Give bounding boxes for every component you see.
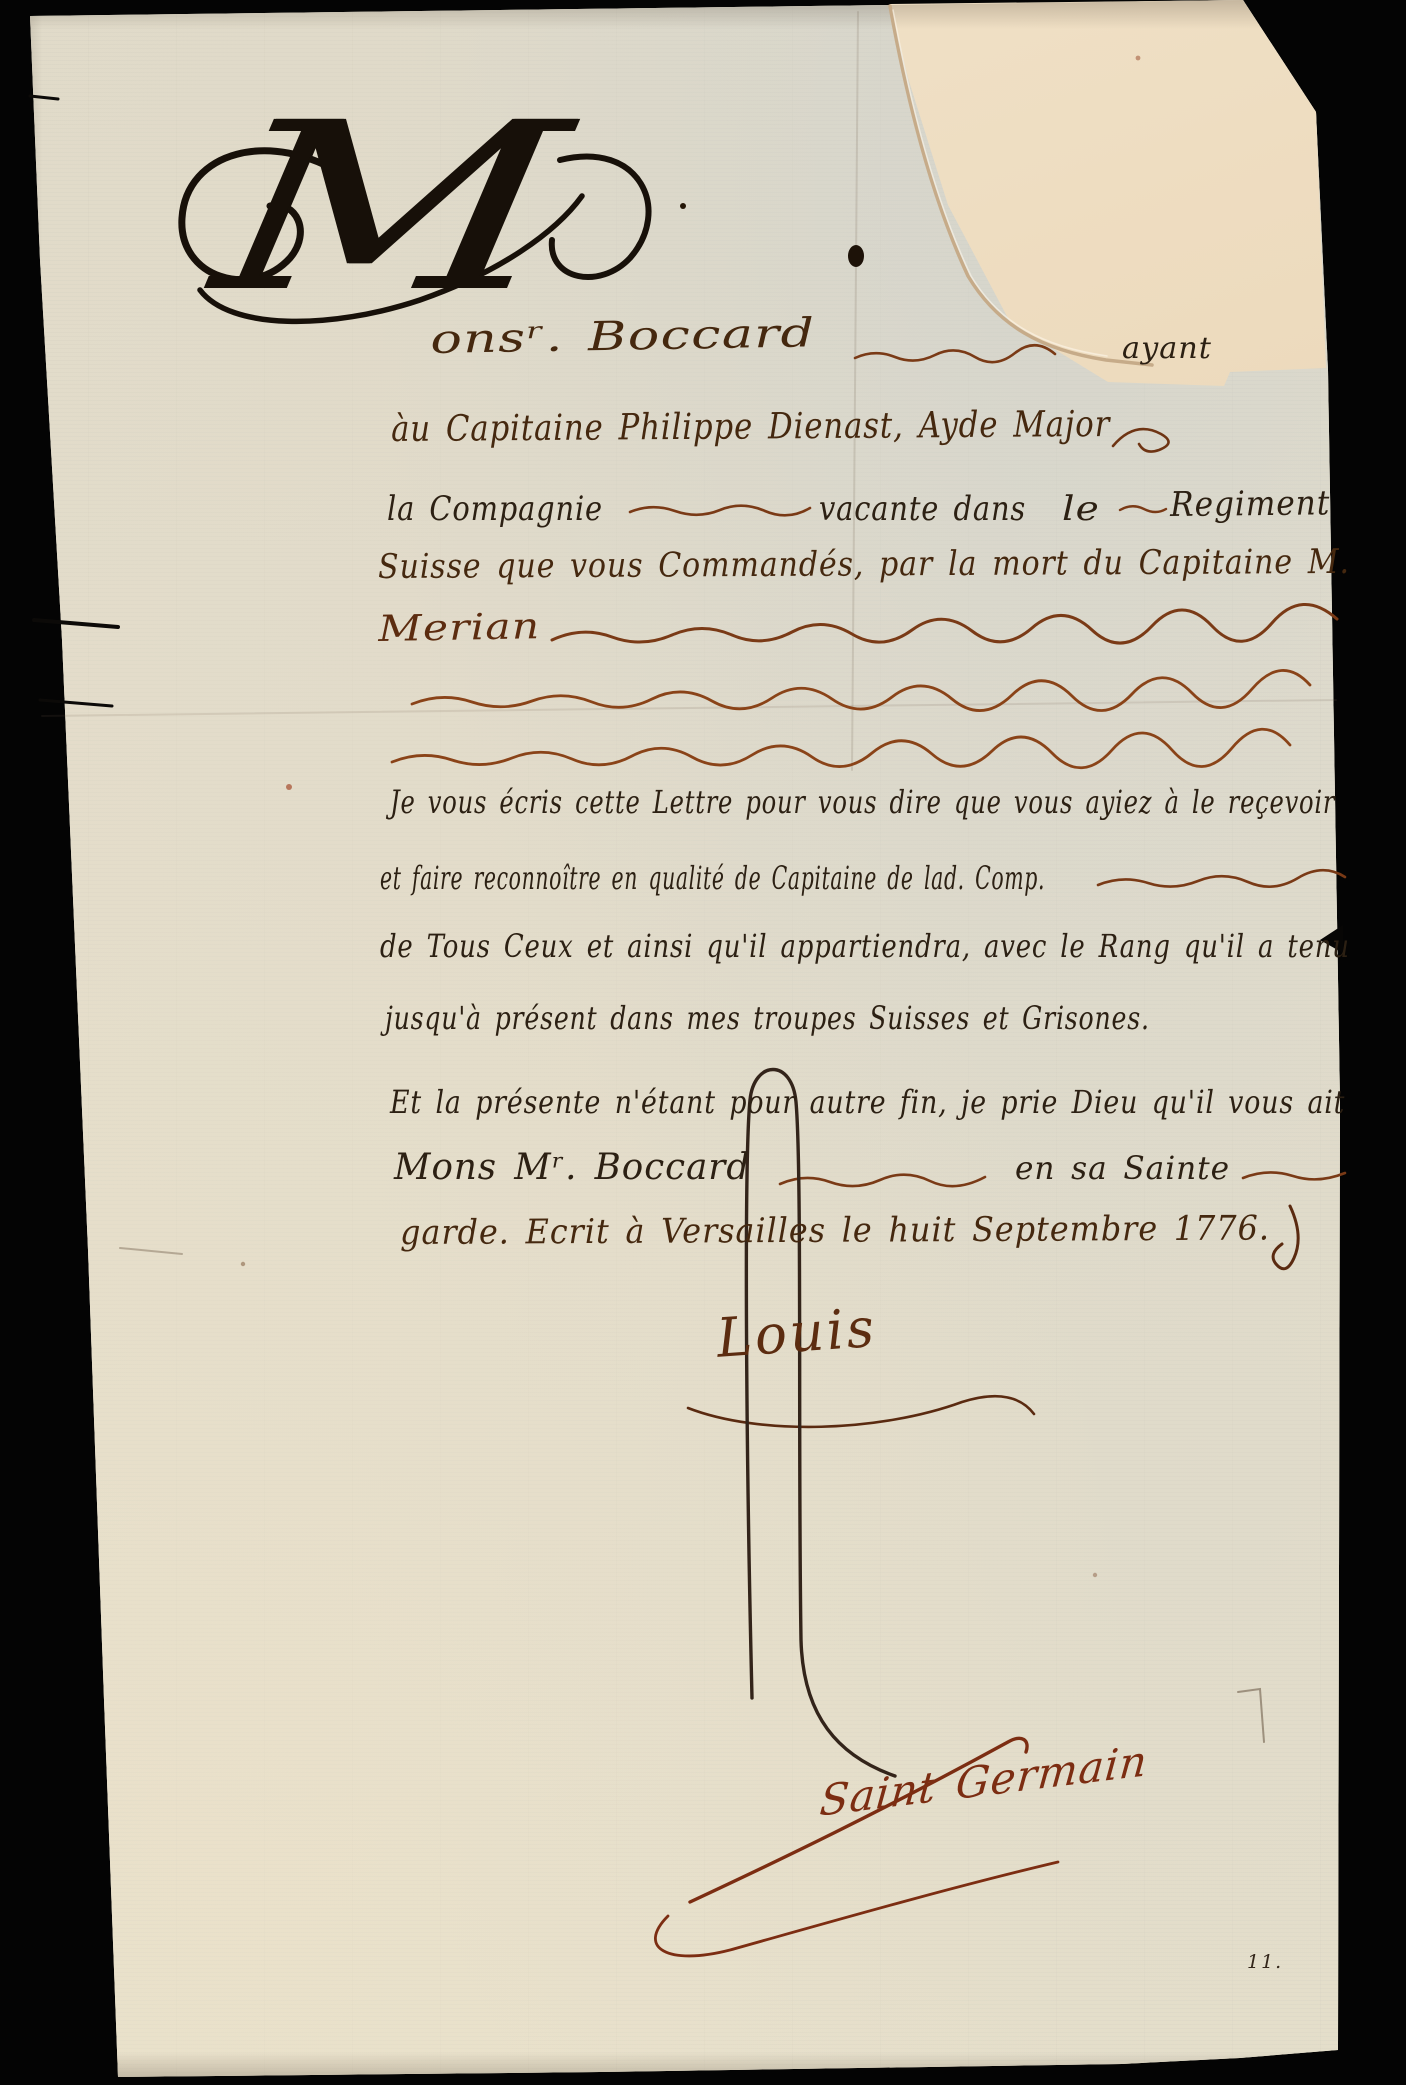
king-signature: Louis <box>715 1301 878 1366</box>
body-line-3: de Tous Ceux et ainsi qu'il appartiendra… <box>380 930 1350 962</box>
line-recipient: àu Capitaine Philippe Dienast, Ayde Majo… <box>391 407 1110 448</box>
body-line-1: Je vous écris cette Lettre pour vous dir… <box>390 786 1335 818</box>
line-company-c: le <box>1062 492 1100 526</box>
line-company-a: la Compagnie <box>387 492 603 526</box>
closing-name: Mons Mʳ. Boccard <box>394 1150 750 1186</box>
salutation-tail: ayant <box>1122 334 1212 364</box>
line-company-d: Regiment <box>1170 486 1330 522</box>
illuminated-initial: M <box>203 92 575 324</box>
body-line-4: jusqu'à présent dans mes troupes Suisses… <box>385 1002 1150 1034</box>
salutation-name: onsʳ. Boccard <box>430 313 816 360</box>
line-regiment: Suisse que vous Commandés, par la mort d… <box>378 545 1350 584</box>
photograph-background: M onsʳ. Boccard ayant àu Capitaine Phili… <box>0 0 1406 2085</box>
line-predecessor: Merian <box>378 609 541 648</box>
closing-tail: en sa Sainte <box>1015 1152 1230 1184</box>
line-company-b: vacante dans <box>819 492 1026 526</box>
page-number: 11. <box>1247 1951 1283 1973</box>
body-line-2: et faire reconnoître en qualité de Capit… <box>380 862 1045 894</box>
closing-line: garde. Ecrit à Versailles le huit Septem… <box>400 1211 1270 1250</box>
body-line-5: Et la présente n'étant pour autre fin, j… <box>390 1086 1345 1118</box>
